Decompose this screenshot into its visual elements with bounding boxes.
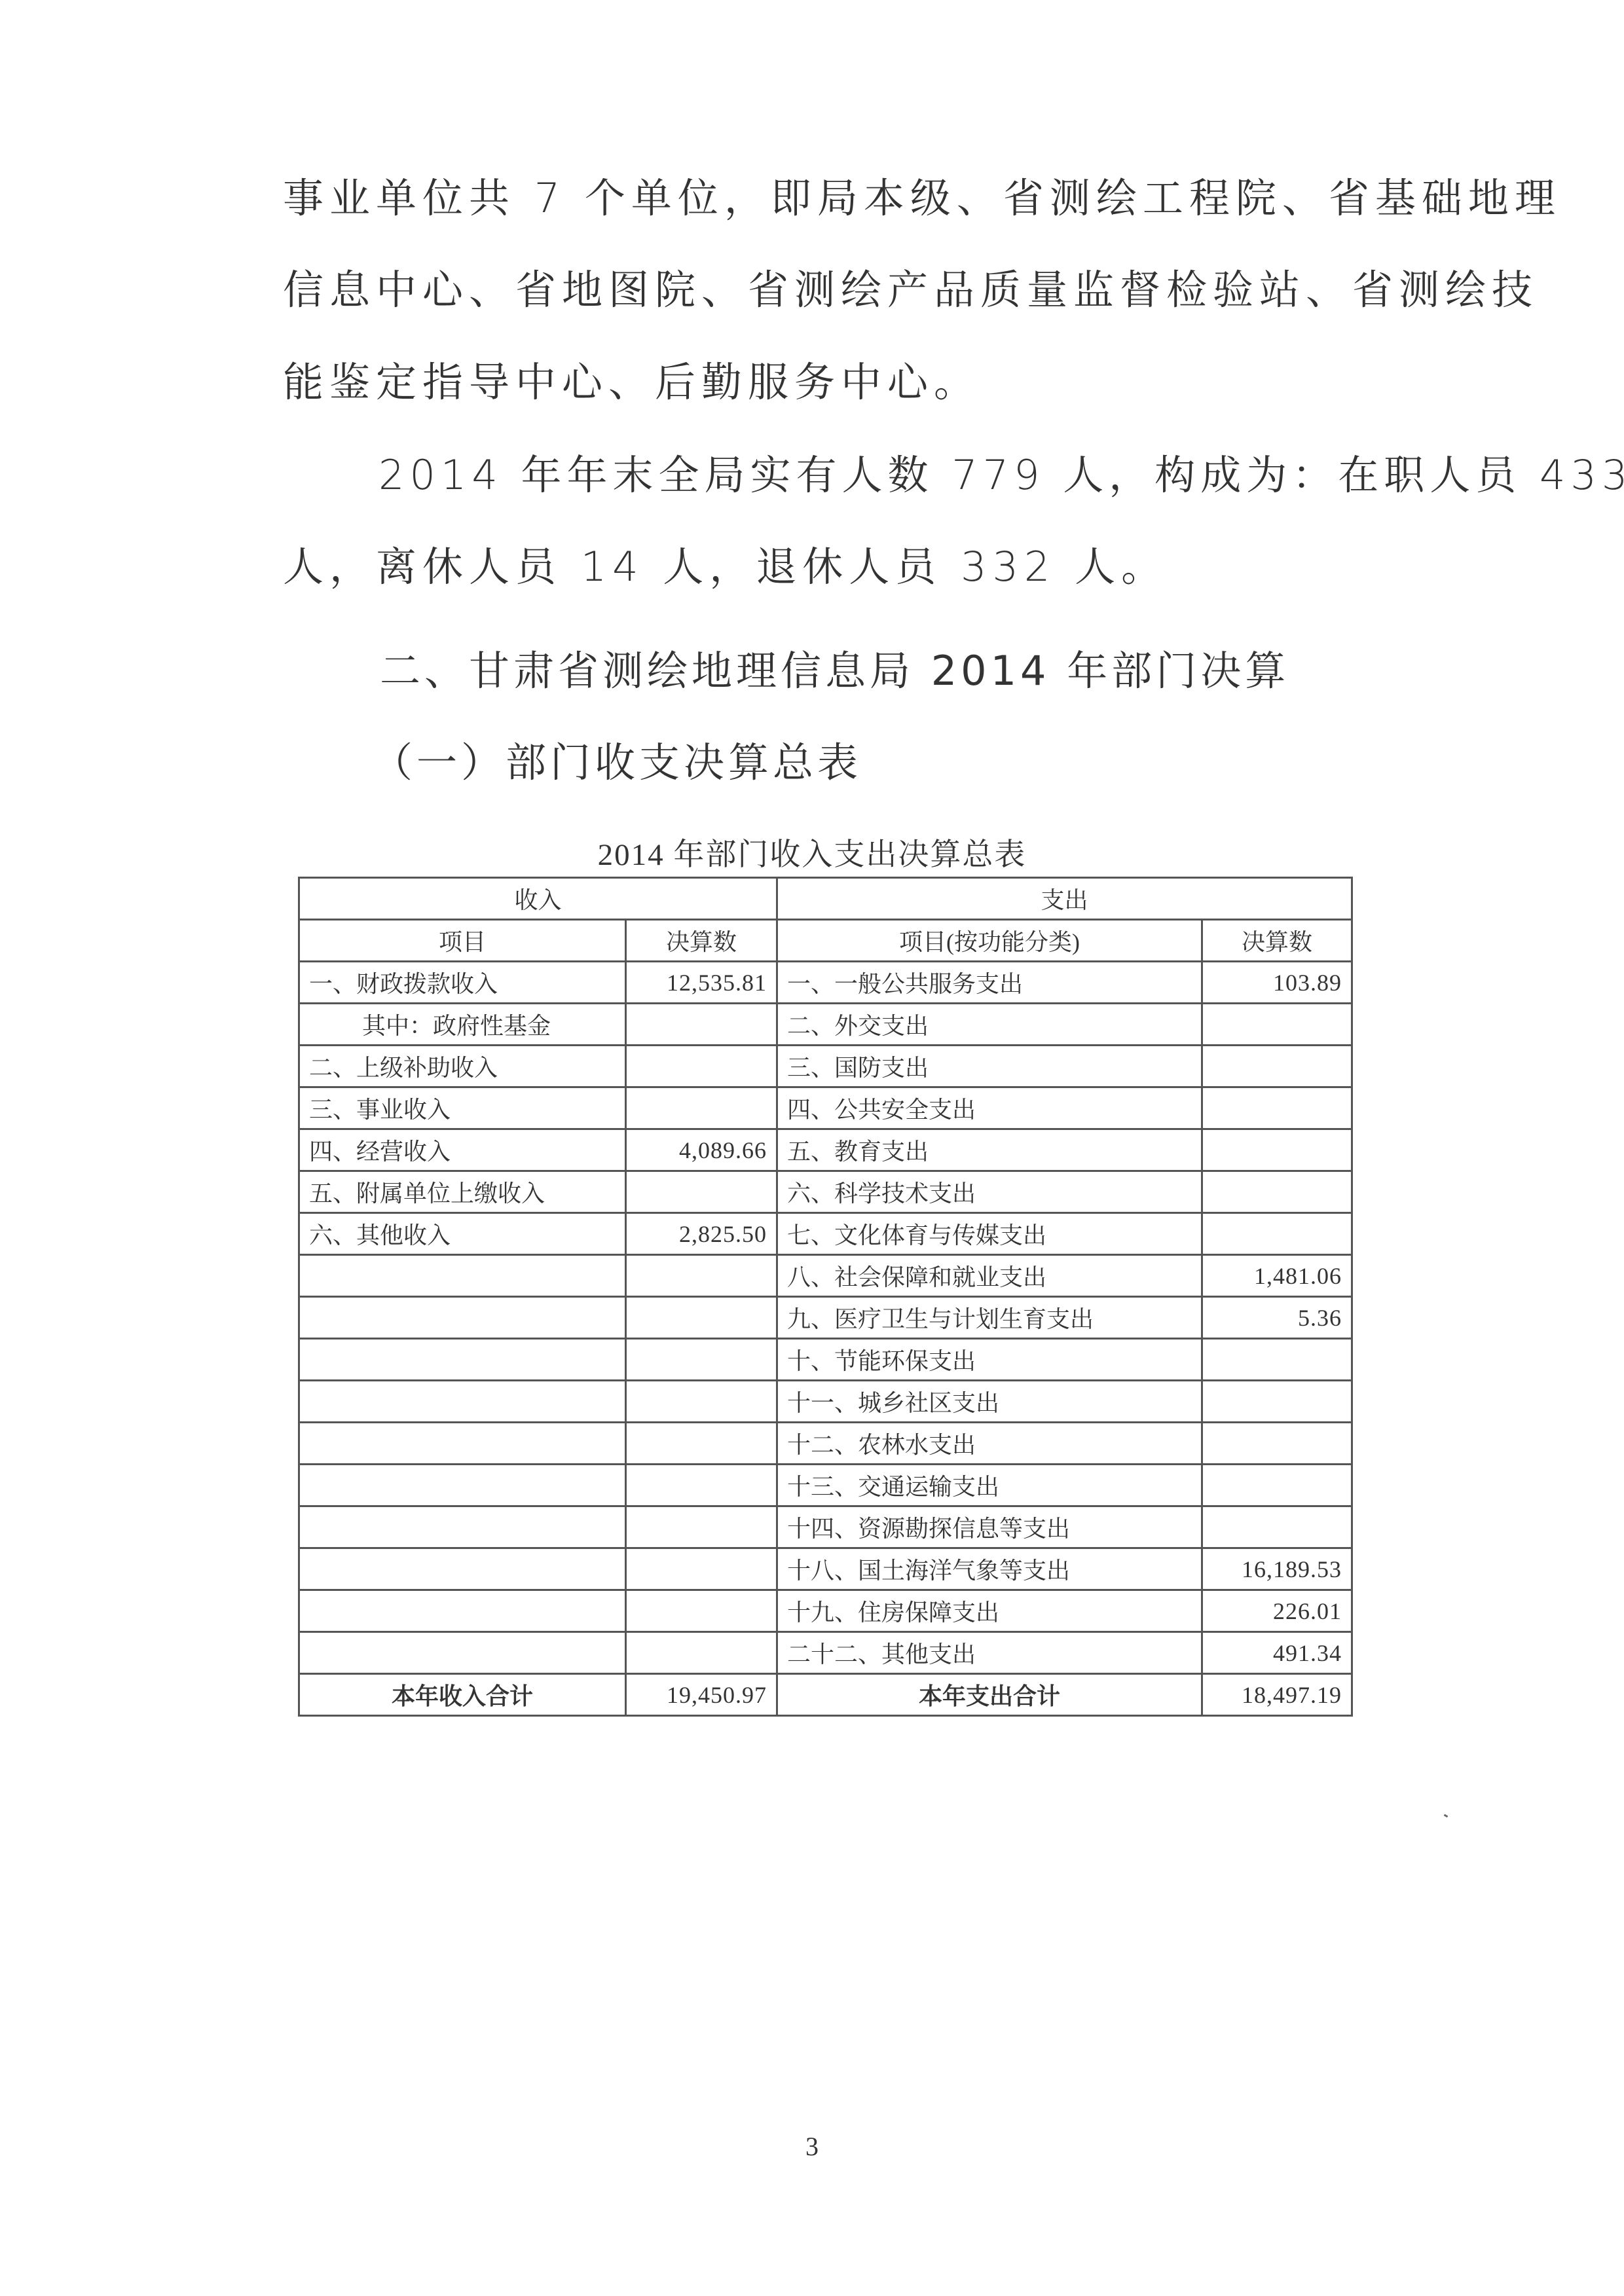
income-item: 一、财政拨款收入 xyxy=(299,962,626,1004)
income-amount xyxy=(626,1632,777,1674)
paragraph-line: 人，离休人员 14 人，退休人员 332 人。 xyxy=(283,547,1168,587)
expenditure-item-header: 项目(按功能分类) xyxy=(777,920,1202,962)
expenditure-item: 四、公共安全支出 xyxy=(777,1087,1202,1129)
income-total-label: 本年收入合计 xyxy=(299,1674,626,1716)
income-item: 五、附属单位上缴收入 xyxy=(299,1171,626,1213)
income-item xyxy=(299,1590,626,1632)
table-row: 十四、资源勘探信息等支出 xyxy=(299,1506,1352,1548)
income-amount xyxy=(626,1465,777,1506)
income-item xyxy=(299,1339,626,1381)
expenditure-item: 七、文化体育与传媒支出 xyxy=(777,1213,1202,1255)
income-item: 三、事业收入 xyxy=(299,1087,626,1129)
expenditure-item: 十八、国土海洋气象等支出 xyxy=(777,1548,1202,1590)
income-amount xyxy=(626,1548,777,1590)
income-total-amount: 19,450.97 xyxy=(626,1674,777,1716)
income-amount xyxy=(626,1423,777,1465)
table-row: 九、医疗卫生与计划生育支出 5.36 xyxy=(299,1297,1352,1339)
expenditure-item: 二十二、其他支出 xyxy=(777,1632,1202,1674)
table-row: 八、社会保障和就业支出 1,481.06 xyxy=(299,1255,1352,1297)
scan-speck xyxy=(1444,1814,1449,1818)
subsection-heading: （一）部门收支决算总表 xyxy=(372,730,862,788)
paragraph-line: 信息中心、省地图院、省测绘产品质量监督检验站、省测绘技 xyxy=(283,270,1538,310)
income-amount xyxy=(626,1381,777,1423)
paragraph-line: 能鉴定指导中心、后勤服务中心。 xyxy=(283,362,980,403)
page-number: 3 xyxy=(0,2131,1624,2162)
table-title: 2014 年部门收入支出决算总表 xyxy=(0,830,1624,874)
income-amount xyxy=(626,1004,777,1046)
income-amount: 4,089.66 xyxy=(626,1129,777,1171)
income-item: 其中：政府性基金 xyxy=(299,1004,626,1046)
expenditure-group-header: 支出 xyxy=(777,878,1352,920)
table-row: 五、附属单位上缴收入 六、科学技术支出 xyxy=(299,1171,1352,1213)
expenditure-item: 十二、农林水支出 xyxy=(777,1423,1202,1465)
income-amount xyxy=(626,1590,777,1632)
table-row: 其中：政府性基金 二、外交支出 xyxy=(299,1004,1352,1046)
group-header-row: 收入 支出 xyxy=(299,878,1352,920)
income-item xyxy=(299,1506,626,1548)
table-row: 十一、城乡社区支出 xyxy=(299,1381,1352,1423)
expenditure-amount: 1,481.06 xyxy=(1202,1255,1352,1297)
expenditure-amount xyxy=(1202,1004,1352,1046)
paragraph-line: 2014 年年末全局实有人数 779 人，构成为：在职人员 433 xyxy=(378,455,1624,496)
section-heading: 二、甘肃省测绘地理信息局 2014 年部门决算 xyxy=(380,638,1289,697)
table-row: 十九、住房保障支出 226.01 xyxy=(299,1590,1352,1632)
expenditure-item: 二、外交支出 xyxy=(777,1004,1202,1046)
income-amount: 12,535.81 xyxy=(626,962,777,1004)
expenditure-amount xyxy=(1202,1087,1352,1129)
income-item: 六、其他收入 xyxy=(299,1213,626,1255)
table-row: 六、其他收入 2,825.50 七、文化体育与传媒支出 xyxy=(299,1213,1352,1255)
income-item xyxy=(299,1423,626,1465)
income-amount xyxy=(626,1297,777,1339)
expenditure-amount xyxy=(1202,1046,1352,1087)
income-item xyxy=(299,1465,626,1506)
income-item-header: 项目 xyxy=(299,920,626,962)
income-amount xyxy=(626,1506,777,1548)
expenditure-item: 十三、交通运输支出 xyxy=(777,1465,1202,1506)
expenditure-amount xyxy=(1202,1213,1352,1255)
expenditure-item: 三、国防支出 xyxy=(777,1046,1202,1087)
income-item: 四、经营收入 xyxy=(299,1129,626,1171)
table-row: 一、财政拨款收入 12,535.81 一、一般公共服务支出 103.89 xyxy=(299,962,1352,1004)
income-amount xyxy=(626,1087,777,1129)
income-item: 二、上级补助收入 xyxy=(299,1046,626,1087)
expenditure-item: 十一、城乡社区支出 xyxy=(777,1381,1202,1423)
expenditure-amount xyxy=(1202,1171,1352,1213)
income-amount xyxy=(626,1339,777,1381)
income-item xyxy=(299,1381,626,1423)
expenditure-amount xyxy=(1202,1465,1352,1506)
expenditure-amount: 226.01 xyxy=(1202,1590,1352,1632)
paragraph-line: 事业单位共 7 个单位，即局本级、省测绘工程院、省基础地理 xyxy=(283,178,1561,219)
income-amount-header: 决算数 xyxy=(626,920,777,962)
income-amount xyxy=(626,1171,777,1213)
income-amount: 2,825.50 xyxy=(626,1213,777,1255)
table-row: 十八、国土海洋气象等支出 16,189.53 xyxy=(299,1548,1352,1590)
column-header-row: 项目 决算数 项目(按功能分类) 决算数 xyxy=(299,920,1352,962)
expenditure-amount xyxy=(1202,1129,1352,1171)
expenditure-item: 十四、资源勘探信息等支出 xyxy=(777,1506,1202,1548)
expenditure-total-label: 本年支出合计 xyxy=(777,1674,1202,1716)
expenditure-amount: 5.36 xyxy=(1202,1297,1352,1339)
income-item xyxy=(299,1632,626,1674)
table-row: 十二、农林水支出 xyxy=(299,1423,1352,1465)
table-row: 二、上级补助收入 三、国防支出 xyxy=(299,1046,1352,1087)
expenditure-amount xyxy=(1202,1506,1352,1548)
expenditure-item: 五、教育支出 xyxy=(777,1129,1202,1171)
income-group-header: 收入 xyxy=(299,878,777,920)
expenditure-item: 一、一般公共服务支出 xyxy=(777,962,1202,1004)
total-row: 本年收入合计 19,450.97 本年支出合计 18,497.19 xyxy=(299,1674,1352,1716)
expenditure-total-amount: 18,497.19 xyxy=(1202,1674,1352,1716)
expenditure-amount xyxy=(1202,1381,1352,1423)
expenditure-amount xyxy=(1202,1423,1352,1465)
expenditure-item: 十、节能环保支出 xyxy=(777,1339,1202,1381)
income-amount xyxy=(626,1046,777,1087)
expenditure-amount: 491.34 xyxy=(1202,1632,1352,1674)
expenditure-item: 六、科学技术支出 xyxy=(777,1171,1202,1213)
expenditure-amount: 103.89 xyxy=(1202,962,1352,1004)
income-amount xyxy=(626,1255,777,1297)
expenditure-item: 十九、住房保障支出 xyxy=(777,1590,1202,1632)
expenditure-amount-header: 决算数 xyxy=(1202,920,1352,962)
table-row: 四、经营收入 4,089.66 五、教育支出 xyxy=(299,1129,1352,1171)
table-row: 十三、交通运输支出 xyxy=(299,1465,1352,1506)
income-item xyxy=(299,1255,626,1297)
budget-summary-table: 收入 支出 项目 决算数 项目(按功能分类) 决算数 一、财政拨款收入 12,5… xyxy=(298,877,1353,1717)
table-row: 三、事业收入 四、公共安全支出 xyxy=(299,1087,1352,1129)
expenditure-item: 九、医疗卫生与计划生育支出 xyxy=(777,1297,1202,1339)
expenditure-amount: 16,189.53 xyxy=(1202,1548,1352,1590)
table-row: 十、节能环保支出 xyxy=(299,1339,1352,1381)
income-item xyxy=(299,1297,626,1339)
expenditure-amount xyxy=(1202,1339,1352,1381)
income-item xyxy=(299,1548,626,1590)
table-row: 二十二、其他支出 491.34 xyxy=(299,1632,1352,1674)
expenditure-item: 八、社会保障和就业支出 xyxy=(777,1255,1202,1297)
